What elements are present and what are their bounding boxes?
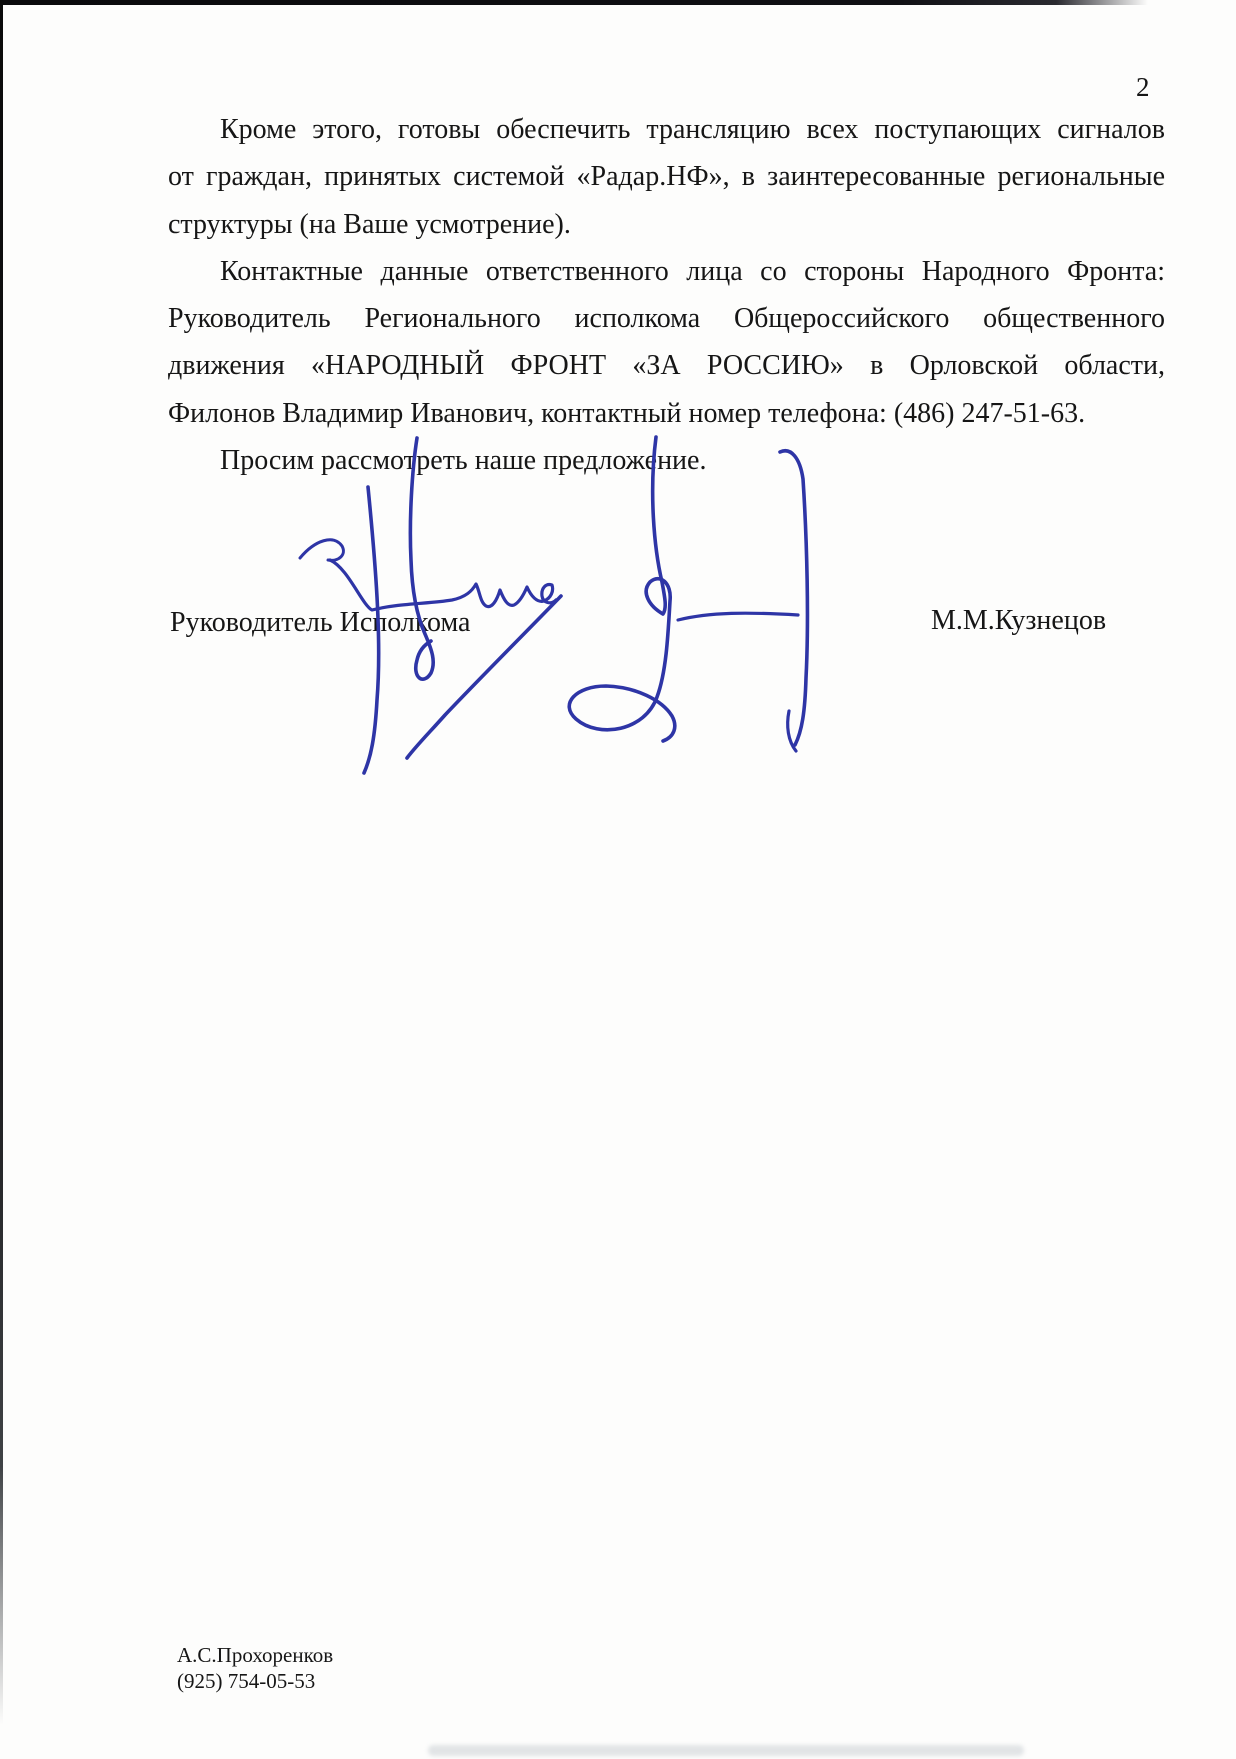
body-line: Контактные данные ответственного лица со…	[168, 248, 1165, 295]
body-line: Филонов Владимир Иванович, контактный но…	[168, 390, 1165, 437]
scanned-letter-page: 2 Кроме этого, готовы обеспечить трансля…	[0, 0, 1236, 1759]
signatory-position-label: Руководитель Исполкома	[170, 606, 470, 640]
contact-phone: (925) 754-05-53	[177, 1668, 333, 1694]
letter-body: Кроме этого, готовы обеспечить трансляци…	[168, 106, 1165, 484]
body-line: Руководитель Регионального исполкома Общ…	[168, 295, 1165, 342]
body-line: Кроме этого, готовы обеспечить трансляци…	[168, 106, 1165, 153]
body-line: движения «НАРОДНЫЙ ФРОНТ «ЗА РОССИЮ» в О…	[168, 342, 1165, 389]
scan-smudge-bottom	[428, 1745, 1024, 1756]
body-line: от граждан, принятых системой «Радар.НФ»…	[168, 153, 1165, 200]
page-number: 2	[1136, 72, 1150, 102]
signatory-name: М.М.Кузнецов	[931, 604, 1106, 638]
scan-edge-top	[0, 0, 1148, 5]
body-line: Просим рассмотреть наше предложение.	[168, 437, 1165, 484]
body-line: структуры (на Ваше усмотрение).	[168, 201, 1165, 248]
contact-name: А.С.Прохоренков	[177, 1642, 333, 1668]
scan-edge-left	[0, 0, 3, 1725]
contact-footer: А.С.Прохоренков (925) 754-05-53	[177, 1642, 333, 1694]
